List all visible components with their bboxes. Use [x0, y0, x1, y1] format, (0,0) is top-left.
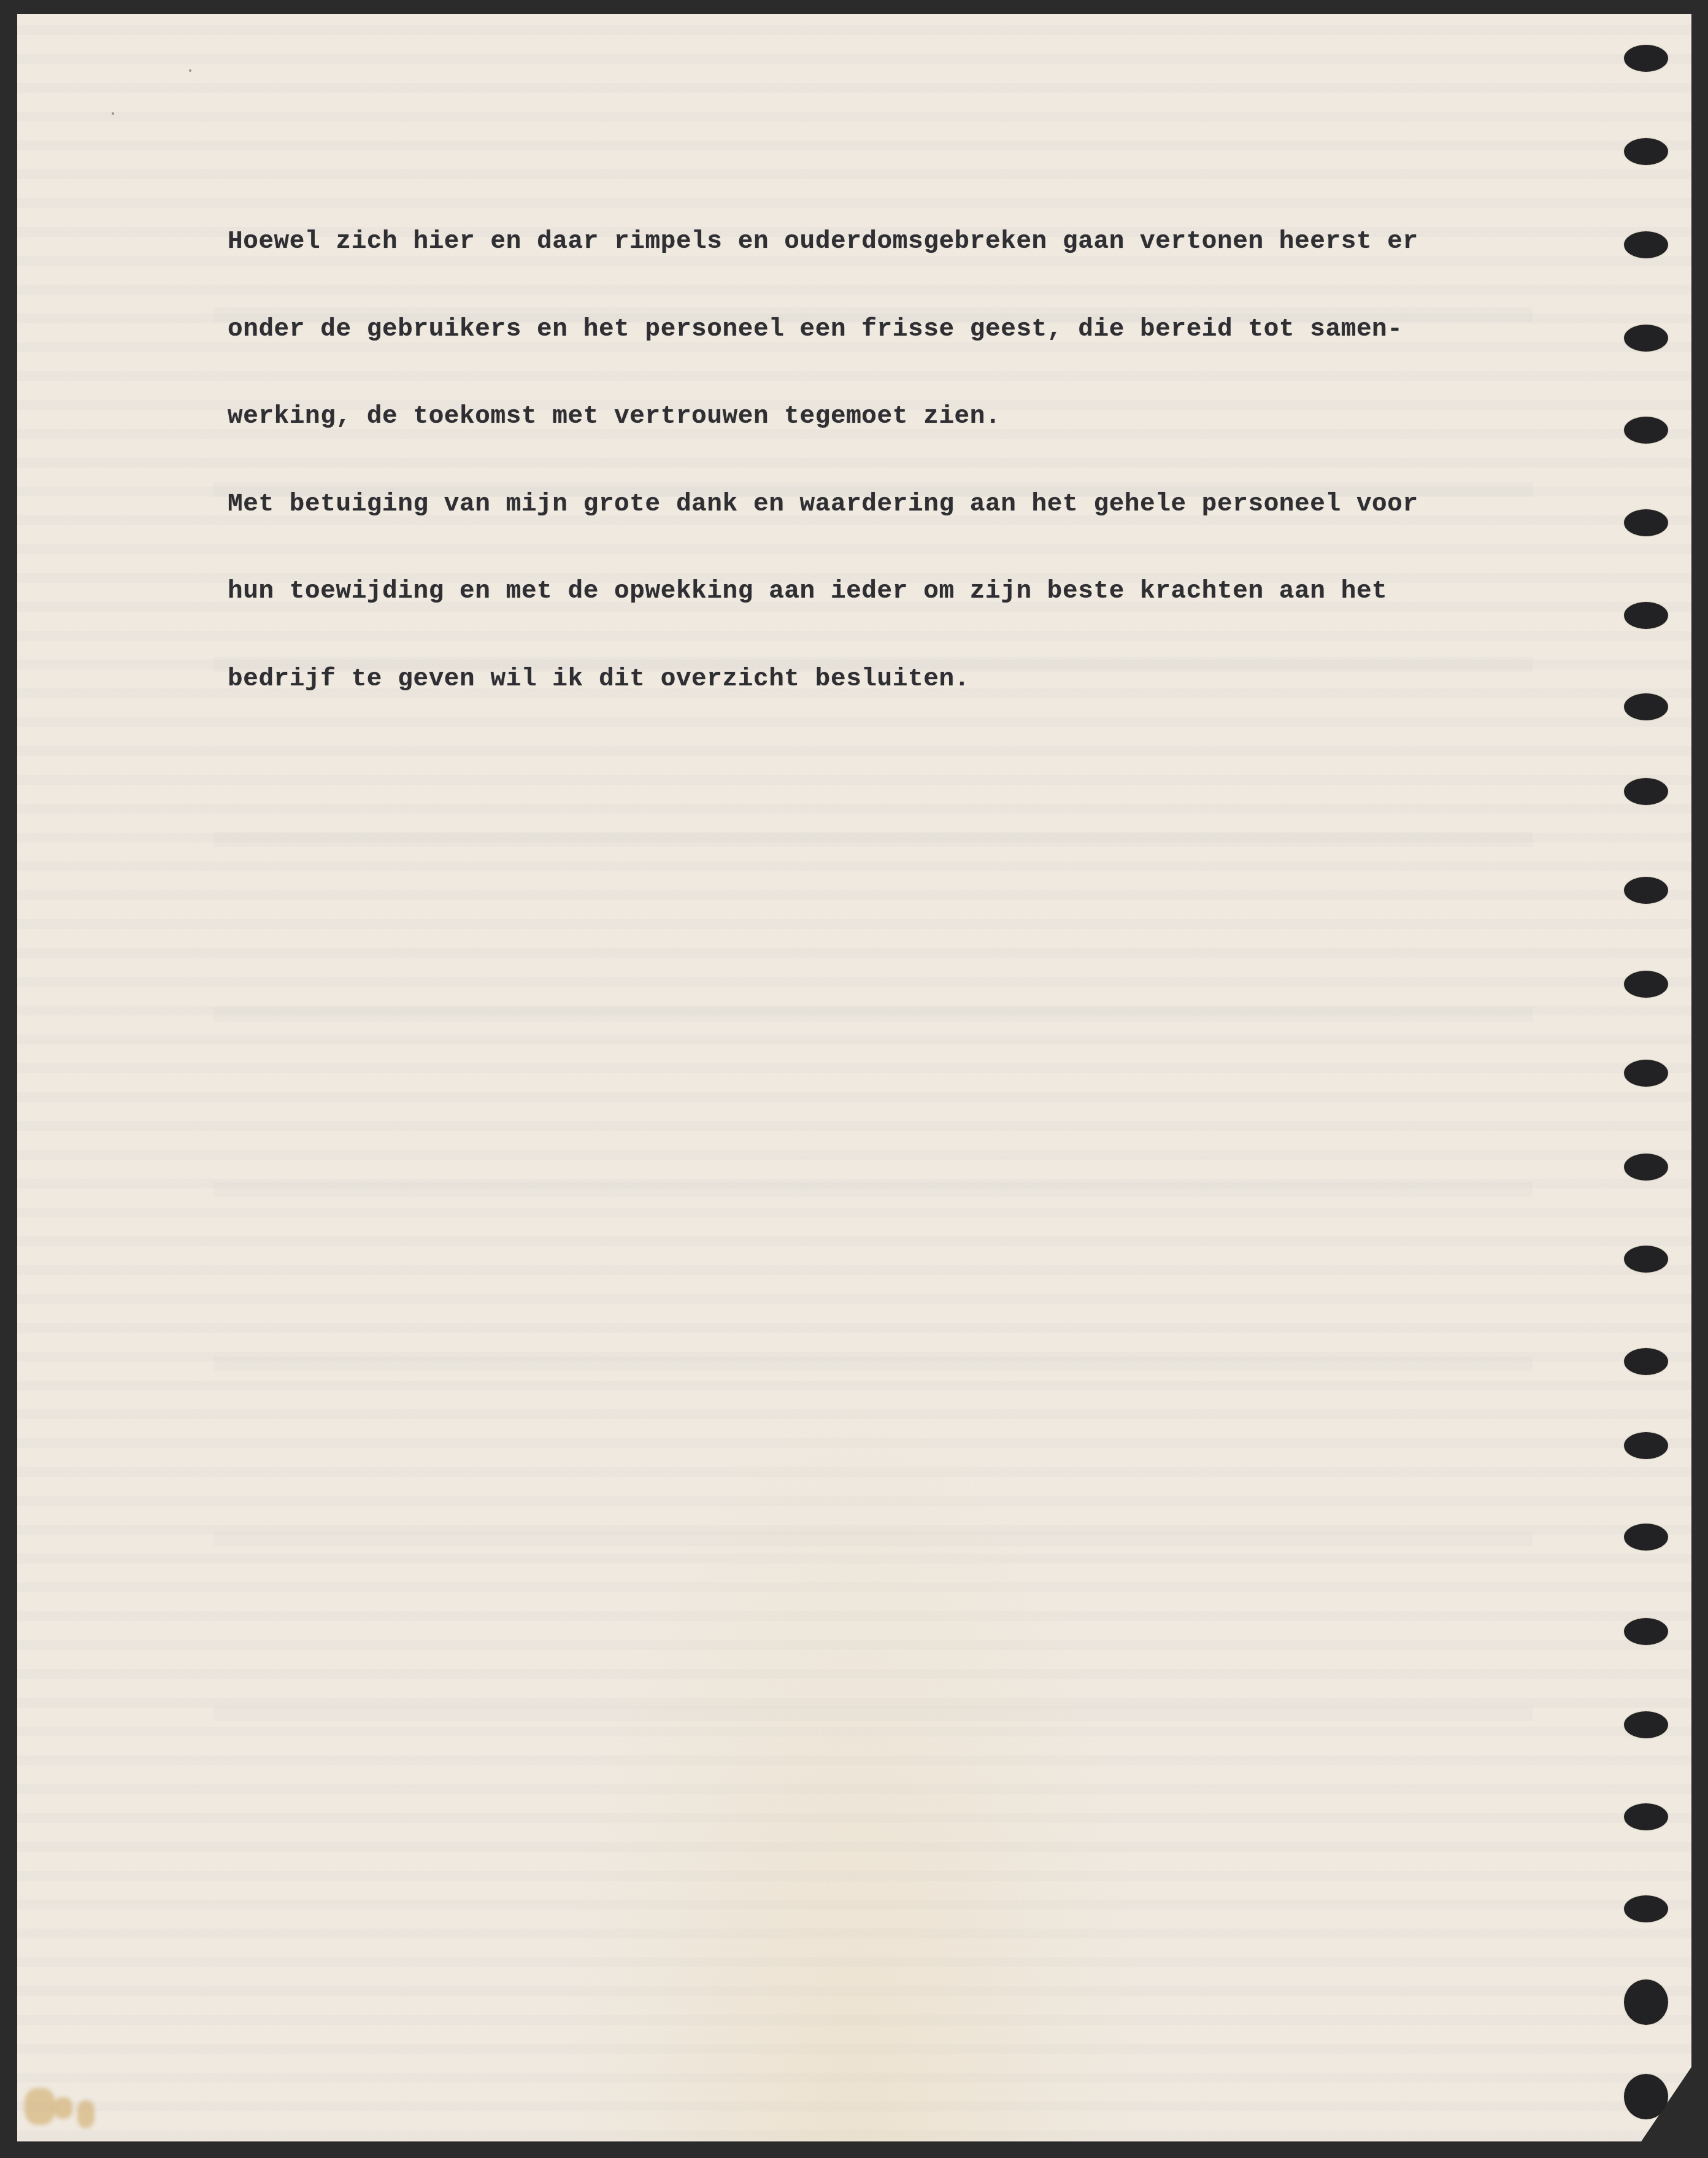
- binder-hole-icon: [1624, 325, 1668, 352]
- text-line: werking, de toekomst met vertrouwen tege…: [228, 403, 1577, 432]
- paper-speck: [112, 112, 114, 115]
- text-line: hun toewijding en met de opwekking aan i…: [228, 577, 1577, 607]
- binder-hole-icon: [1624, 1979, 1668, 2025]
- paper-speck: [189, 69, 191, 72]
- binder-hole-icon: [1624, 1524, 1668, 1551]
- binder-hole-icon: [1624, 1246, 1668, 1273]
- binder-hole-icon: [1624, 1711, 1668, 1738]
- age-stain: [54, 2097, 72, 2119]
- text-line: Hoewel zich hier en daar rimpels en oude…: [228, 228, 1577, 257]
- binder-hole-icon: [1624, 602, 1668, 629]
- binder-hole-icon: [1624, 971, 1668, 998]
- binder-hole-icon: [1624, 1803, 1668, 1830]
- binder-hole-icon: [1624, 1895, 1668, 1922]
- text-line: onder de gebruikers en het personeel een…: [228, 315, 1577, 345]
- text-line: bedrijf te geven wil ik dit overzicht be…: [228, 665, 1577, 695]
- binder-hole-icon: [1624, 877, 1668, 904]
- binder-hole-icon: [1624, 1060, 1668, 1087]
- binder-hole-icon: [1624, 2074, 1668, 2119]
- text-line: Met betuiging van mijn grote dank en waa…: [228, 490, 1577, 520]
- binder-hole-icon: [1624, 231, 1668, 258]
- binder-hole-icon: [1624, 693, 1668, 720]
- binder-hole-icon: [1624, 1432, 1668, 1459]
- binder-hole-icon: [1624, 1154, 1668, 1181]
- binder-hole-icon: [1624, 1348, 1668, 1375]
- document-page: Hoewel zich hier en daar rimpels en oude…: [17, 14, 1691, 2141]
- typewritten-text: Hoewel zich hier en daar rimpels en oude…: [228, 169, 1577, 752]
- binder-hole-icon: [1624, 509, 1668, 536]
- binder-hole-icon: [1624, 45, 1668, 72]
- binder-hole-icon: [1624, 778, 1668, 805]
- age-stain: [77, 2100, 94, 2128]
- binder-hole-icon: [1624, 1618, 1668, 1645]
- binder-hole-icon: [1624, 138, 1668, 165]
- binder-hole-icon: [1624, 417, 1668, 444]
- age-stain: [25, 2088, 55, 2125]
